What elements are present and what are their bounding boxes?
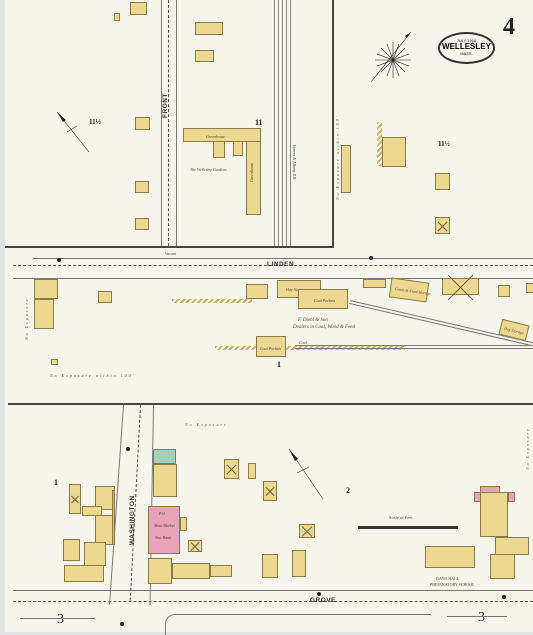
ref-line-right (447, 616, 507, 617)
upper-block-right-border (332, 0, 334, 247)
building-vacant (224, 459, 239, 479)
building-shed (341, 145, 351, 193)
building-dwelling (135, 117, 150, 130)
exposure-note-middle: No Exposure within 100' (50, 373, 135, 378)
building-store (363, 279, 386, 288)
scale-label: Scale of Feet. (389, 515, 414, 520)
railroad-label: Boston & Albany R.R. (292, 145, 297, 180)
street-label-washington: WASHINGTON (129, 495, 136, 545)
north-arrow-icon (285, 447, 325, 503)
block-number-1-middle: 1 (277, 360, 281, 369)
coal-pockets-label-2: Coal Pockets (260, 346, 281, 351)
block-number-11: 11 (255, 118, 263, 127)
front-street-centerline (168, 0, 169, 246)
dealer-name-label: F. Diehl & Son (298, 318, 328, 323)
upper-block-bottom-border (5, 246, 334, 248)
cartouche-town: WELLESLEY (440, 43, 493, 51)
building-dwelling (435, 173, 450, 190)
dana-hall-pink-bay-left (474, 492, 481, 502)
north-arrow-icon (53, 108, 93, 156)
wellesley-gardens-label: The Wellesley Gardens (190, 167, 227, 172)
title-cartouche: JULY 1916 WELLESLEY MASS. (438, 32, 495, 64)
building-brick-strip (112, 490, 115, 545)
front-street-edge-1 (161, 0, 162, 246)
building-dwelling (130, 2, 147, 15)
block-number-11-half-right: 11½ (438, 140, 450, 148)
ref-line-left (20, 618, 95, 619)
building-store-row (172, 563, 210, 579)
map-sheet: 4 JULY 1916 WELLESLEY MASS. FRONT Boston… (5, 0, 533, 632)
dana-hall-south-wing (490, 554, 515, 579)
vacant-strip-line (33, 258, 533, 259)
building-dwelling (195, 22, 223, 35)
building-store (84, 542, 106, 566)
meat-market-label: Meat Market (154, 523, 175, 528)
building-store-block (153, 464, 177, 497)
cartouche-state: MASS. (440, 51, 493, 56)
hydrant-icon (120, 622, 124, 626)
middle-section-border (8, 403, 533, 405)
building-dwelling (135, 218, 149, 230)
sheet-reference-left: 3 (57, 612, 64, 628)
block-number-1-lower: 1 (54, 478, 58, 487)
hydrant-icon (317, 592, 321, 596)
building-store (95, 515, 113, 545)
building-dwelling (135, 181, 149, 193)
dealer-desc-label: Dealers in Coal, Wood & Feed (293, 325, 355, 330)
building-brick-block: P.O. Meat Market Nat. Bank (148, 506, 180, 554)
greenhouse-label: Greenhouse (206, 134, 225, 139)
vacant-label: Vacant (165, 251, 176, 256)
dana-hall-school-label: PREPARATORY SCHOOL (430, 582, 475, 587)
building-greenhouse-wing: Greenhouse (246, 141, 261, 215)
grove-street-edge (13, 590, 533, 591)
dana-hall-label: DANA HALL (436, 576, 459, 581)
dana-hall-central-tower (480, 492, 508, 537)
building-shed (114, 13, 120, 21)
building-store (64, 565, 104, 582)
grove-curb-outline (165, 614, 431, 632)
sheet-reference-right: 3 (478, 610, 485, 626)
rail-mainline (295, 345, 533, 349)
page-number: 4 (503, 14, 515, 41)
building-dwelling (63, 539, 80, 561)
building-shed (180, 517, 187, 531)
coal-pockets-label: Coal Pockets (314, 298, 335, 303)
scale-bar (358, 526, 458, 529)
railroad-tracks-upper (274, 0, 294, 246)
street-label-front: FRONT (162, 93, 169, 118)
building-blacksmith (34, 279, 58, 299)
building-coal-pockets: Coal Pockets (298, 289, 348, 309)
building-vacant (435, 217, 450, 234)
building-store-row (148, 558, 172, 584)
hydrant-icon (502, 595, 506, 599)
building-dwelling (195, 50, 214, 62)
bank-label: Nat. Bank (155, 535, 171, 540)
building-shed (526, 283, 533, 293)
exposure-note-bottom: No Exposure (185, 422, 228, 427)
dana-hall-pink-bay-right (508, 492, 515, 502)
exposure-note-left: No Exposure (24, 297, 29, 340)
building-dwelling (292, 550, 306, 577)
building-shed (98, 291, 112, 303)
building-greenhouse-main: Greenhouse (183, 128, 261, 142)
dana-hall-west-wing (425, 546, 475, 568)
building-dwelling (382, 137, 406, 167)
street-label-linden: LINDEN (267, 261, 294, 268)
grove-street-centerline (13, 601, 533, 602)
greenhouse-label-2: Greenhouse (249, 163, 254, 182)
building-vacant (69, 484, 81, 514)
street-label-grove: GROVE (310, 597, 336, 604)
building-greenhouse-annex (233, 141, 243, 156)
building-vacant (263, 481, 277, 501)
hydrant-icon (369, 256, 373, 260)
exposure-note-right: No Exposure (525, 427, 530, 470)
hydrant-icon (57, 258, 61, 262)
building-stone-dwelling (153, 449, 176, 464)
front-street-edge-2 (176, 0, 177, 246)
building-greenhouse-annex (213, 141, 225, 158)
building-dwelling (498, 285, 510, 297)
po-label: P.O. (159, 511, 166, 516)
block-number-2: 2 (346, 486, 350, 495)
building-vacant (188, 540, 202, 552)
building-dwelling (262, 554, 278, 578)
exposure-note-upper: No Exposure within 100' (335, 115, 340, 200)
building-small-shed (51, 359, 58, 365)
building-vacant (299, 524, 315, 538)
building-coal-pockets: Coal Pockets (256, 336, 286, 357)
building-grain-feed-storage: Grain & Feed Storage (389, 277, 429, 302)
building-wheelwright (34, 299, 54, 329)
building-vacant (442, 278, 479, 295)
compass-rose-icon (363, 30, 413, 85)
hydrant-icon (126, 447, 130, 451)
hay-storage-right-label: Hay Storage (504, 326, 525, 336)
coal-trestle-upper (172, 299, 252, 303)
building-hay-storage (246, 284, 268, 299)
dana-hall-east-wing (495, 537, 529, 555)
building-dwelling (248, 463, 256, 479)
building-store-row (210, 565, 232, 577)
coal-label: Coal (299, 340, 307, 345)
grain-feed-label: Grain & Feed Storage (395, 286, 431, 296)
